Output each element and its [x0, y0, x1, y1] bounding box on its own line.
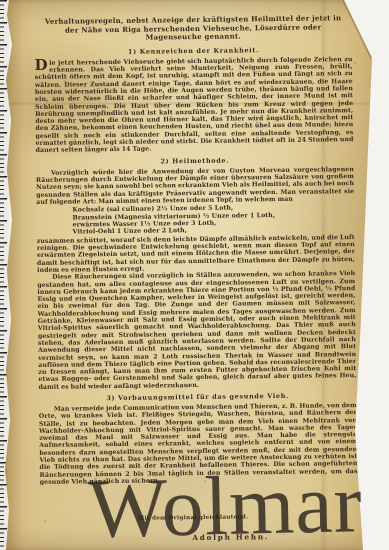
paragraph-prevention: Man vermeide jede Communication von Mens…	[39, 402, 358, 486]
paragraph-fumigation: Diese Räucherungen sind vorzüglich in St…	[37, 270, 356, 391]
document-page: Verhaltungsregeln, nebst Anzeige der krä…	[4, 0, 384, 550]
paragraph-symptoms: Die jetzt herrschende Viehseuche giebt s…	[35, 56, 354, 155]
page-title: Verhaltungsregeln, nebst Anzeige der krä…	[40, 14, 346, 44]
paragraph-treatment-intro: Vorzüglich würde hier die Anwendung der …	[36, 166, 354, 206]
scan-background: { "colors":{ "background":"#f4f3ef", "pa…	[0, 0, 389, 550]
attestation-line: Mit dem Original gleichlautend.	[86, 514, 300, 523]
section-heading-2: 2) Heilmethode.	[36, 155, 354, 167]
section-heading-1: 1) Kennzeichen der Krankheit.	[34, 45, 352, 57]
signature: Adolph Hehn.	[192, 532, 269, 542]
recipe-list: Kochsalz (sal culinare) 2½ Unze oder 5 L…	[72, 203, 354, 236]
page-content: Verhaltungsregeln, nebst Anzeige der krä…	[34, 12, 358, 486]
paragraph-treatment-continued: zusammen schüttet, worauf sich denn leic…	[37, 234, 355, 274]
section-heading-3: 3) Vorbauungsmittel für das gesunde Vieh…	[39, 391, 357, 403]
